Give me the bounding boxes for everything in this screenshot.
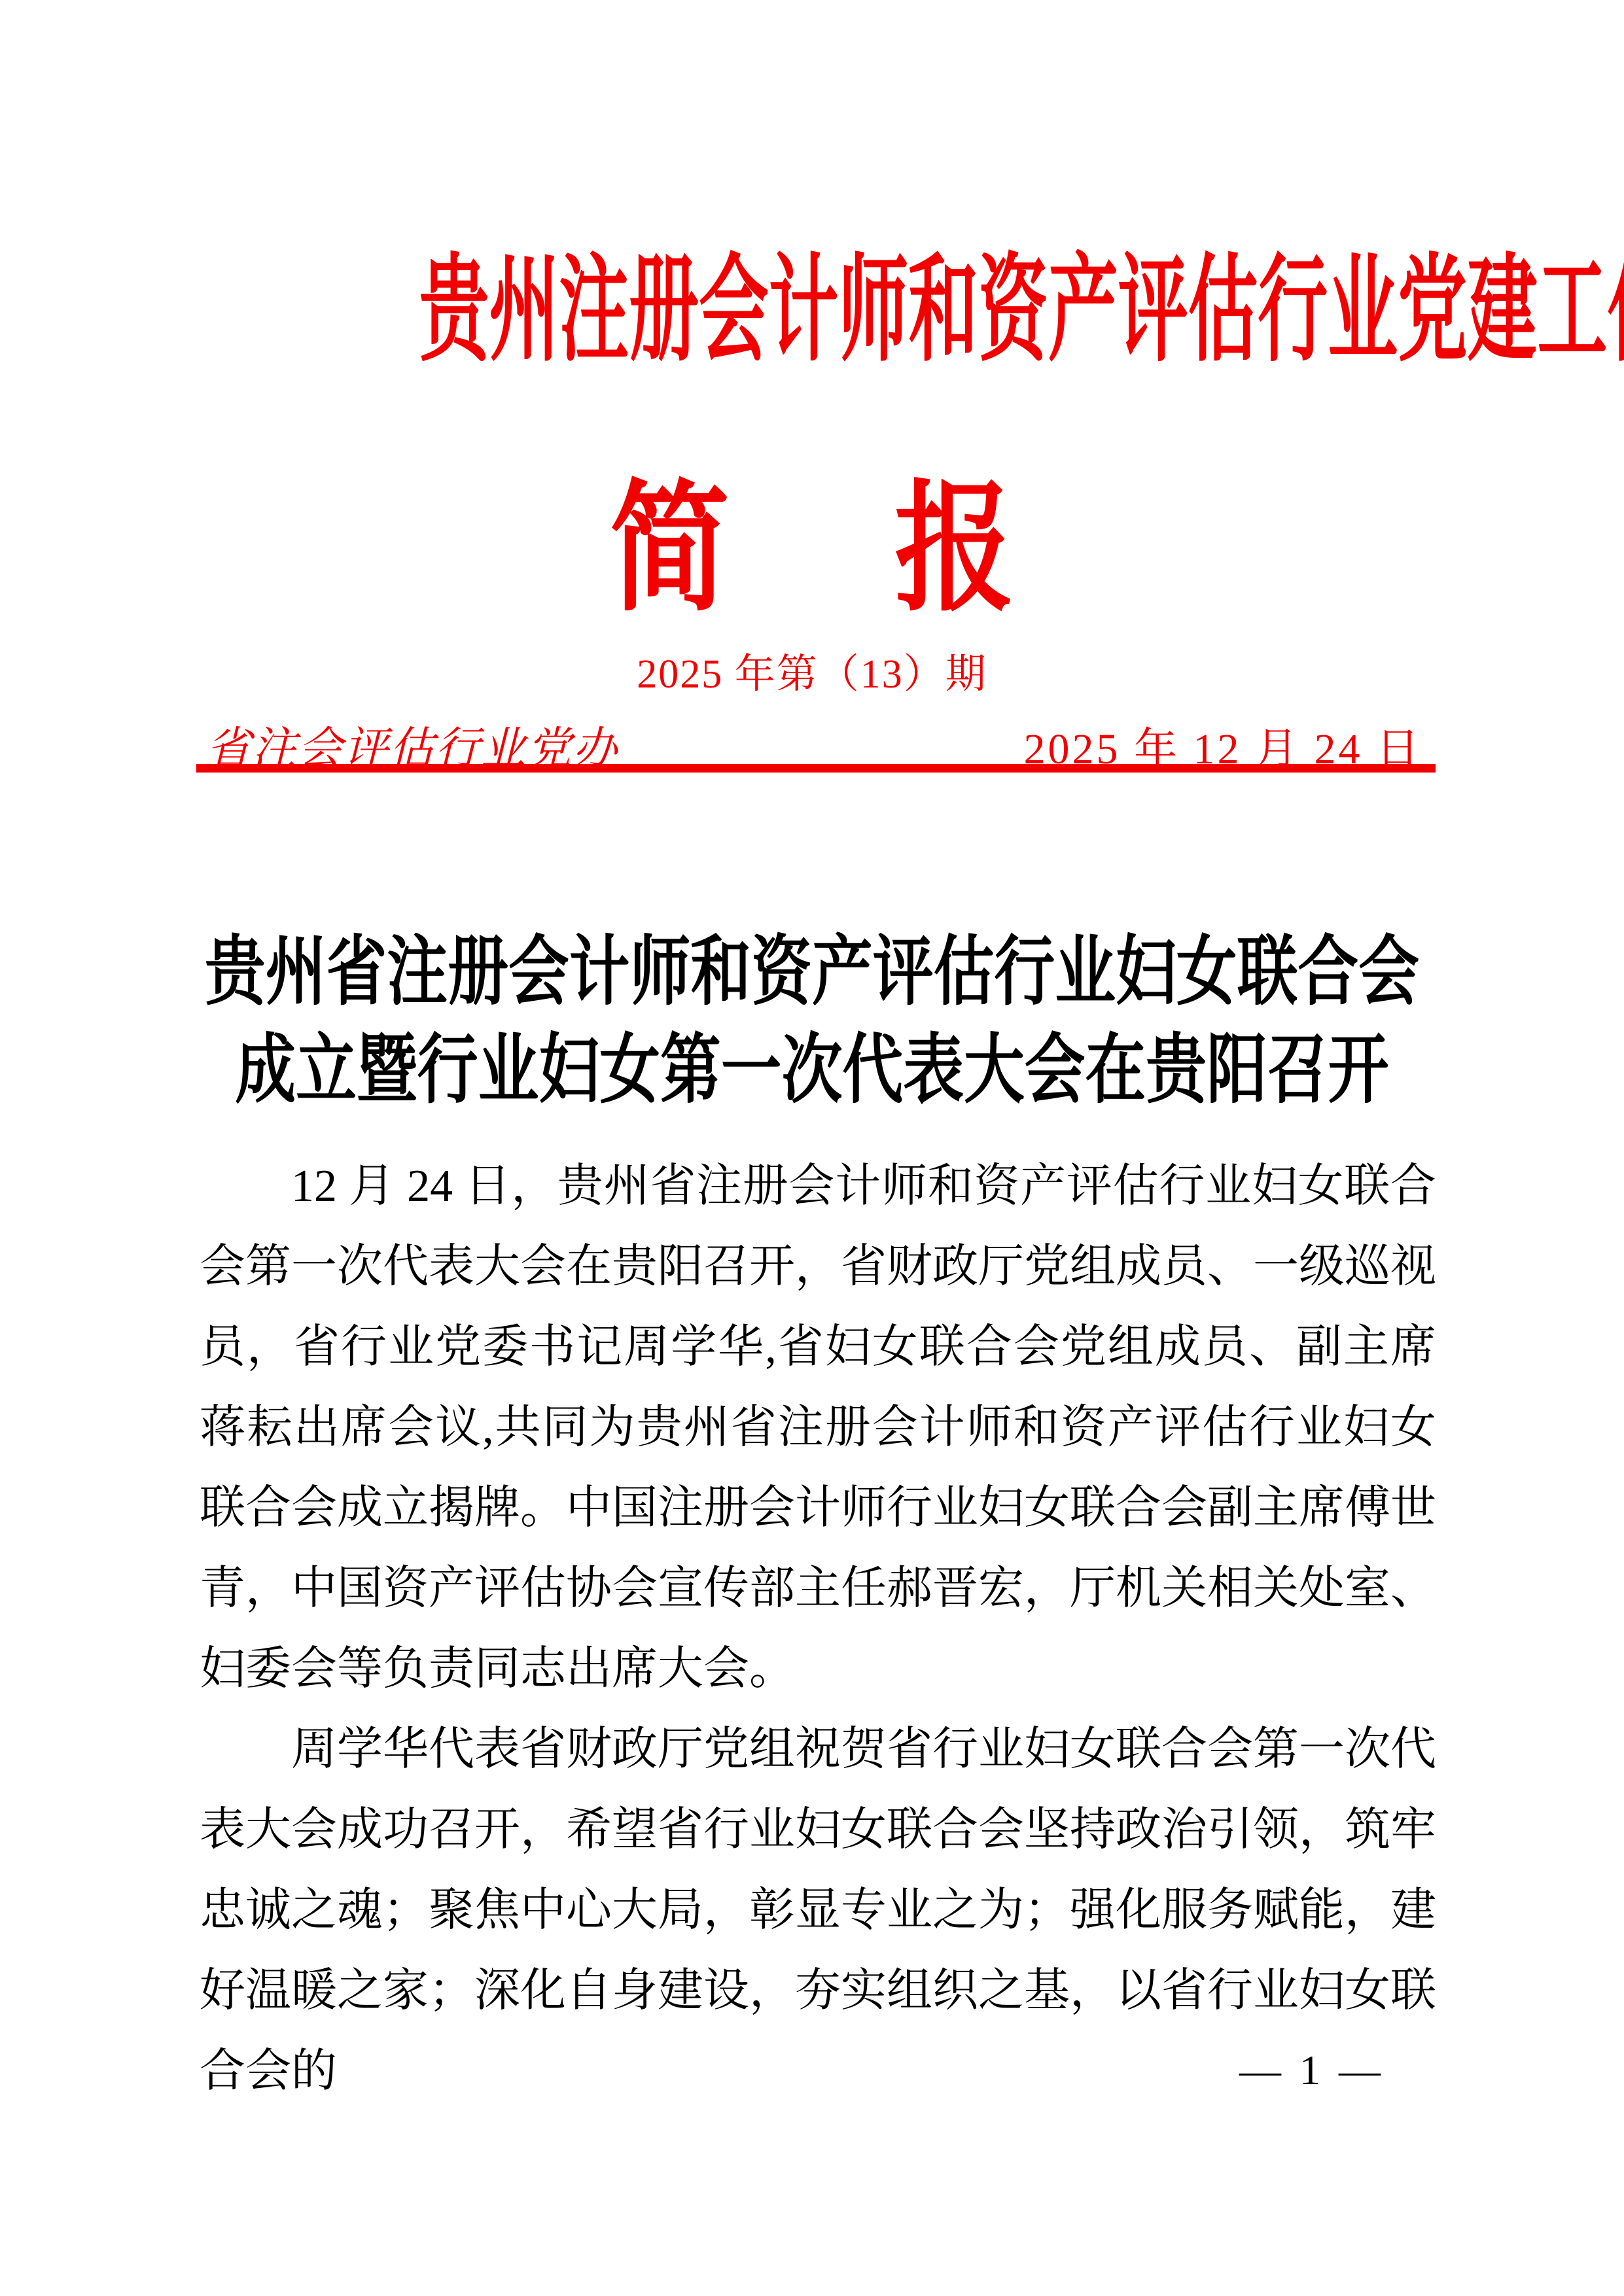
masthead-org-title-text: 贵州注册会计师和资产评估行业党建工作 <box>419 247 1624 375</box>
page-number: — 1 — <box>1230 2042 1394 2098</box>
bulletin-word: 简 报 <box>0 476 1624 624</box>
bulletin-char-jian: 简 <box>610 476 730 624</box>
masthead-divider-rule <box>196 764 1436 773</box>
article-title-line2: 成立暨行业妇女第一次代表大会在贵阳召开 <box>162 1022 1462 1120</box>
masthead-org-title: 贵州注册会计师和资产评估行业党建工作 <box>0 247 1624 375</box>
issue-number-line: 2025 年第（13）期 <box>0 641 1624 699</box>
bulletin-page: 贵州注册会计师和资产评估行业党建工作 简 报 2025 年第（13）期 省注会评… <box>0 0 1624 2296</box>
article-body: 12 月 24 日，贵州省注册会计师和资产评估行业妇女联合会第一次代表大会在贵阳… <box>200 1146 1436 2112</box>
bulletin-char-bao: 报 <box>894 476 1014 624</box>
article-title: 贵州省注册会计师和资产评估行业妇女联合会 成立暨行业妇女第一次代表大会在贵阳召开 <box>0 924 1624 1120</box>
article-paragraph-1: 12 月 24 日，贵州省注册会计师和资产评估行业妇女联合会第一次代表大会在贵阳… <box>200 1146 1436 1709</box>
article-title-line1: 贵州省注册会计师和资产评估行业妇女联合会 <box>162 924 1462 1022</box>
